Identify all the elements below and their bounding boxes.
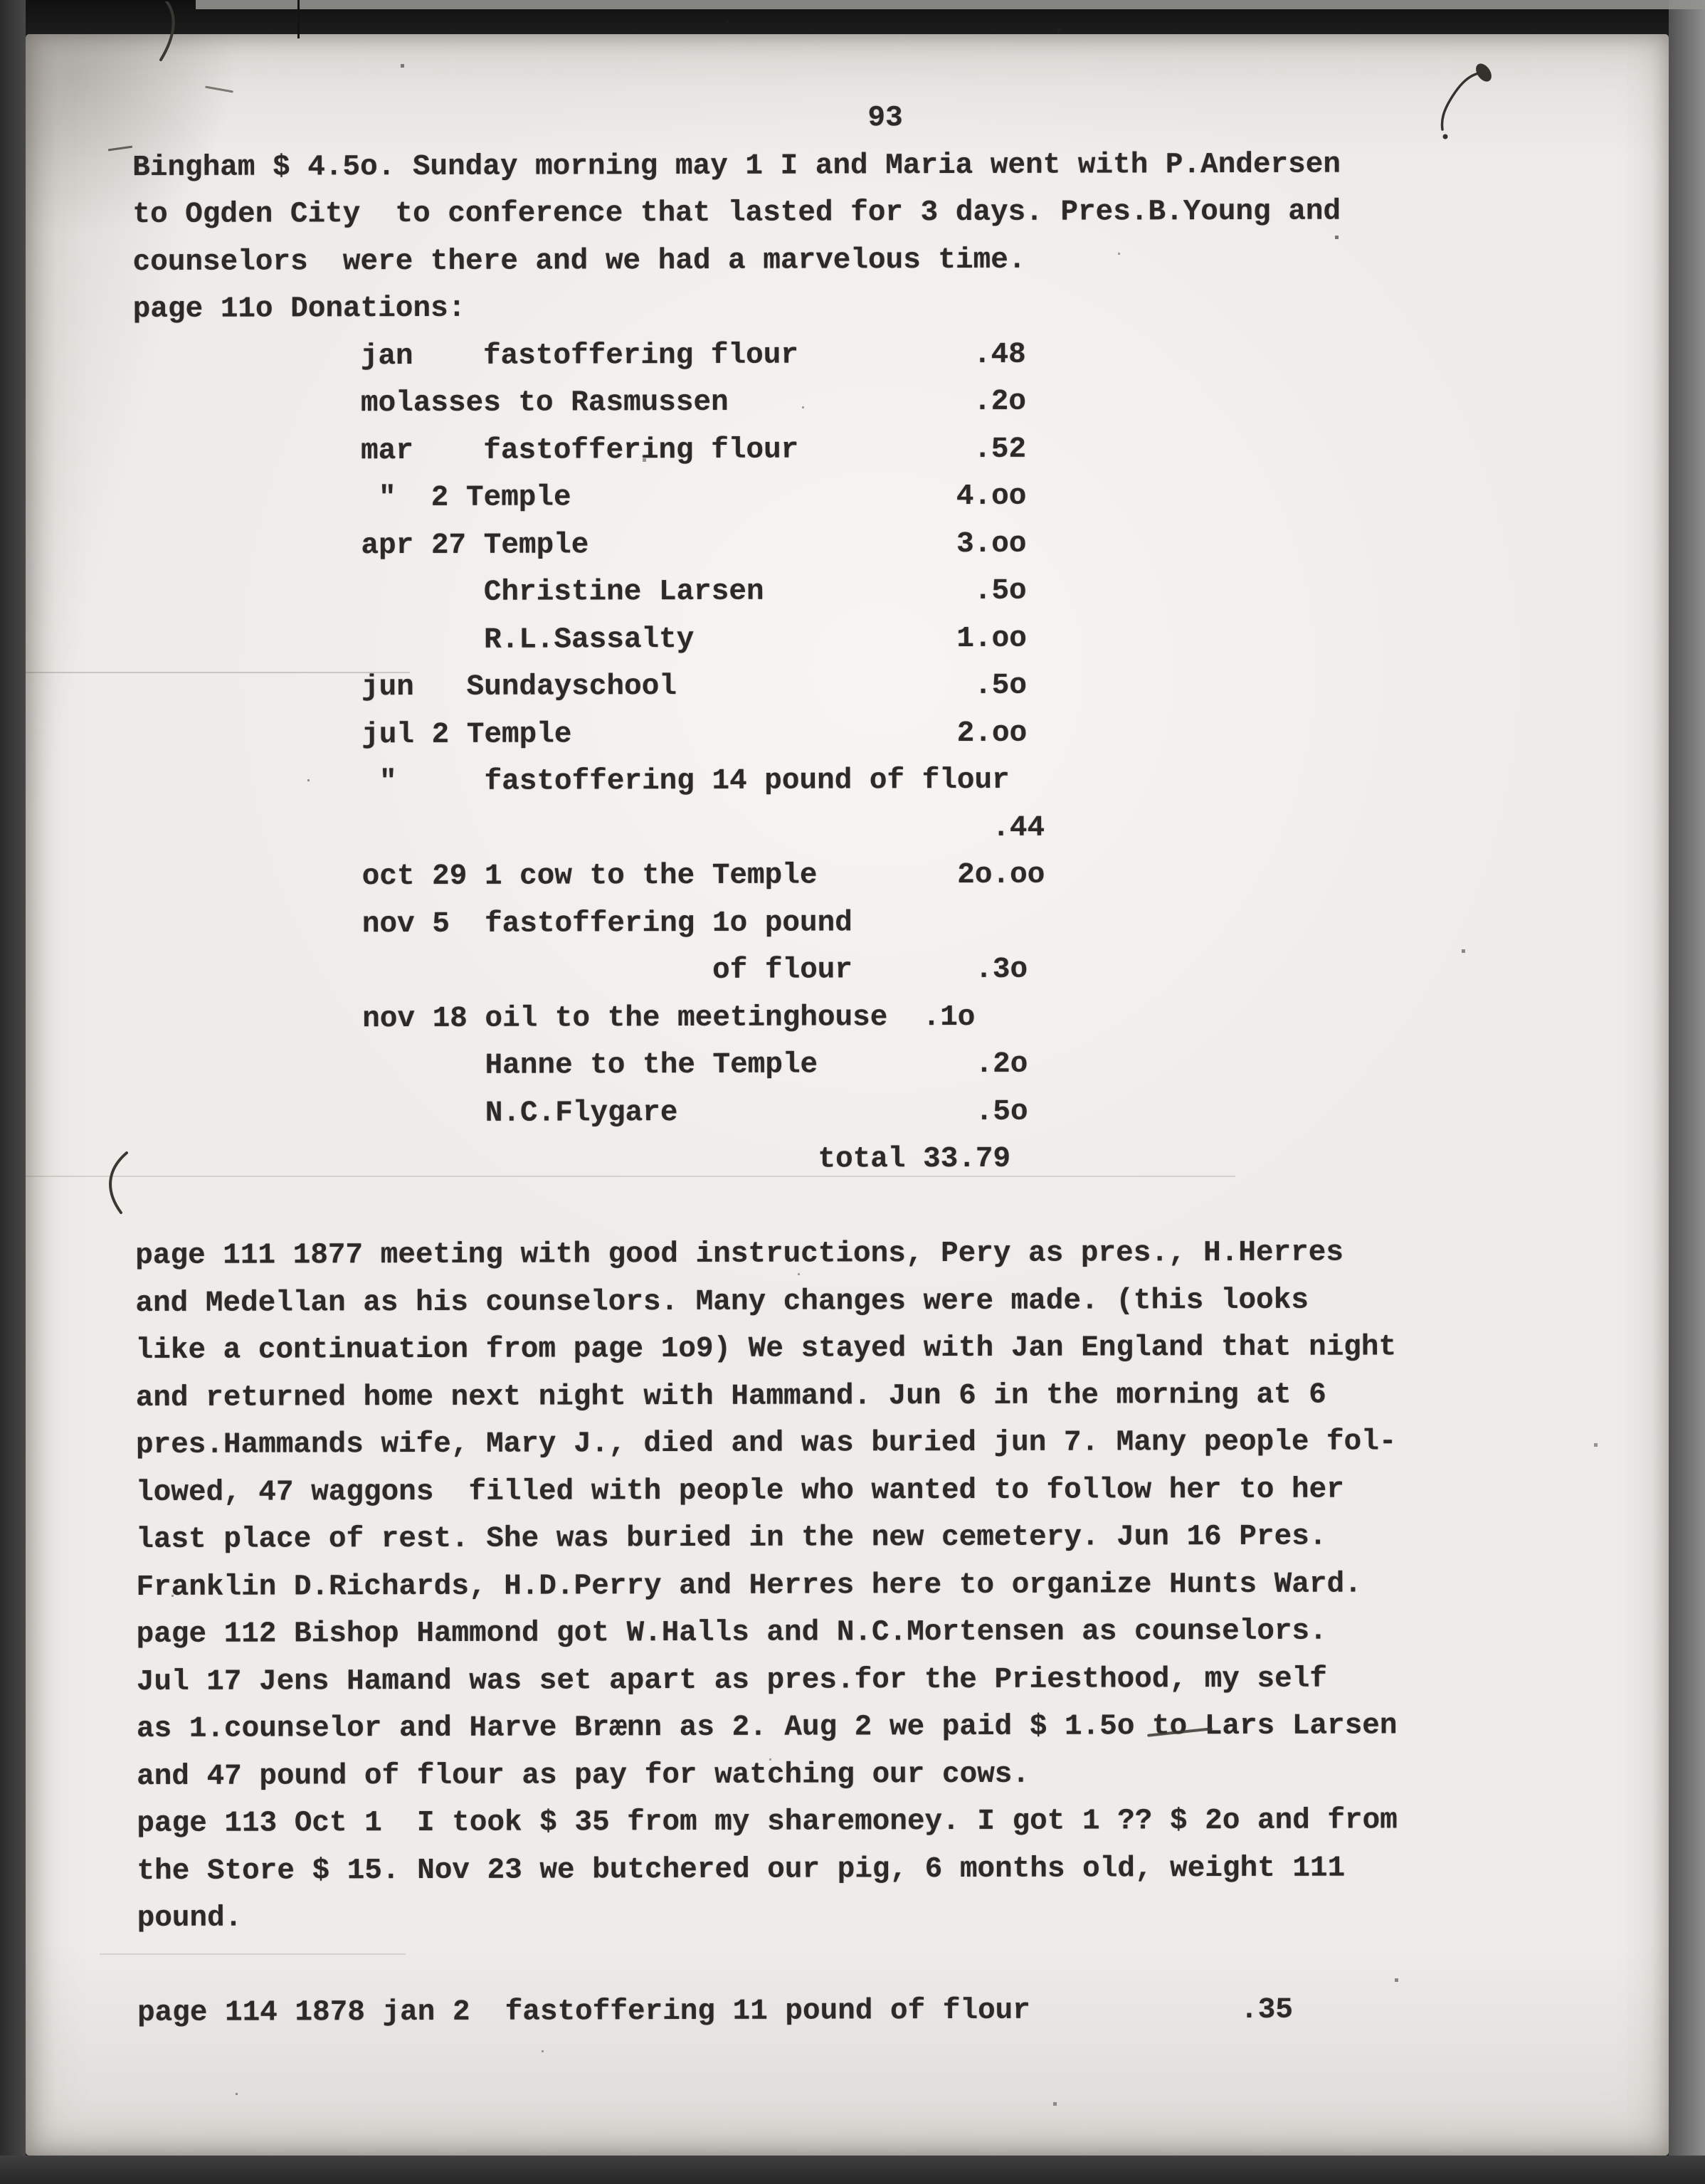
scanned-document-page: 93 Bingham $ 4.5o. Sunday morning may 1 …	[0, 0, 1705, 2184]
scan-edge-streak	[196, 0, 1705, 9]
scan-border-right	[1669, 0, 1705, 2184]
scan-border-bottom	[0, 2156, 1705, 2184]
pen-scribble-mark-icon	[1420, 63, 1505, 144]
paper-crease	[100, 1953, 406, 1955]
scan-edge-tick	[297, 0, 300, 38]
paper-crease	[26, 1176, 1235, 1177]
scan-border-left	[0, 0, 26, 2184]
handwritten-parenthesis-mark-icon	[155, 1, 186, 61]
typewritten-text: 93 Bingham $ 4.5o. Sunday morning may 1 …	[132, 93, 1398, 2037]
handwritten-open-parenthesis-mark-icon	[98, 1147, 135, 1218]
paper: 93 Bingham $ 4.5o. Sunday morning may 1 …	[26, 34, 1669, 2156]
dust-specks	[0, 0, 1, 1]
paper-crease	[26, 672, 410, 673]
